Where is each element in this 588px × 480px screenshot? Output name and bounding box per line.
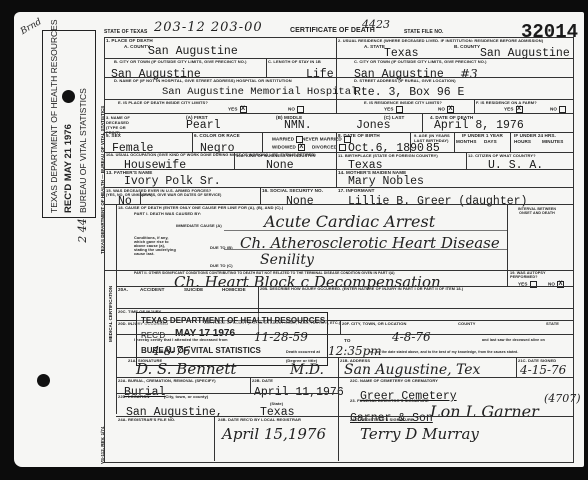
injury-location-label: 20f. CITY, TOWN, OR LOCATION — [342, 321, 406, 326]
armed-forces-war-label: (If yes, give war or dates of service) — [142, 193, 221, 197]
side-received-stamp: TEXAS DEPARTMENT OF HEALTH RESOURCES REC… — [42, 30, 96, 218]
res-county-label: b. COUNTY — [454, 44, 480, 49]
injury-state-label: STATE — [546, 321, 559, 326]
title-annotation: 4423 — [362, 18, 390, 31]
days-col: Days — [484, 139, 497, 144]
funeral-director-number: (4707) — [544, 392, 581, 405]
registrar-sig-label: 24c. REGISTRAR'S SIGNATURE — [350, 417, 414, 422]
stay-label: c. LENGTH OF STAY IN 1b — [268, 59, 321, 64]
handwritten-number: 203-12 203-00 — [154, 20, 263, 35]
residence-label: 2. USUAL RESIDENCE (Where deceased lived… — [338, 38, 543, 43]
manner-homicide[interactable]: HOMICIDE — [222, 287, 246, 292]
due-to-c-label: DUE TO (c) — [210, 263, 233, 268]
side-stamp-line1: TEXAS DEPARTMENT OF HEALTH RESOURCES — [49, 20, 59, 214]
middle-name: NMN. — [284, 119, 312, 132]
autopsy-label: 19. WAS AUTOPSY PERFORMED? — [510, 271, 566, 279]
inside-city-label: e. IS PLACE OF DEATH INSIDE CITY LIMITS? — [118, 100, 208, 105]
funeral-director-signature: Lon L Garner — [430, 402, 539, 421]
death-county: San Augustine — [148, 45, 238, 58]
marital-widowed[interactable]: WidowedX — [272, 144, 305, 151]
marital-married[interactable]: Married — [272, 136, 303, 143]
informant-label: 17. INFORMANT — [338, 188, 375, 193]
first-name: Pearl — [186, 119, 221, 132]
margin-notes: 2 44 — [76, 218, 89, 243]
res-state-label: a. STATE — [364, 44, 385, 49]
county-label: a. COUNTY — [124, 44, 150, 49]
res-inside-yes[interactable]: YES — [384, 106, 403, 113]
informant: Lillie B. Greer (daughter) — [348, 195, 527, 208]
date-recd: April 15,1976 — [222, 425, 326, 443]
location-label: 22d. LOCATION — [118, 394, 149, 399]
res-inside-no[interactable]: NOX — [438, 106, 454, 113]
side-stamp-line3: BUREAU OF VITAL STATISTICS — [78, 88, 88, 213]
to-label: to — [344, 338, 351, 343]
immediate-label: IMMEDIATE CAUSE (a) — [176, 223, 222, 228]
business: None — [266, 159, 294, 172]
citizen: U. S. A. — [488, 159, 543, 172]
last-saw: 4-8-76 — [152, 344, 191, 358]
last-name: Jones — [356, 119, 391, 132]
stay: Life — [306, 68, 334, 81]
side-stamp-line2: REC'D MAY 21 1976 — [63, 124, 74, 213]
due-to-c: Senility — [260, 252, 314, 268]
birthplace-label: 11. BIRTHPLACE (State or foreign country… — [338, 153, 438, 158]
registrar-signature: Terry D Murray — [360, 425, 479, 443]
citizen-label: 12. CITIZEN OF WHAT COUNTRY? — [468, 153, 536, 158]
business-label: 10b. KIND OF BUSINESS OR INDUSTRY — [236, 153, 315, 158]
res-inside-city-label: e. IS RESIDENCE INSIDE CITY LIMITS? — [364, 100, 442, 105]
certify-text-1: I hereby certify that I attended the dec… — [134, 338, 228, 342]
date-signed: 4-15-76 — [520, 363, 566, 377]
date-recd-label: 24b. DATE REC'D BY LOCAL REGISTRAR — [218, 417, 301, 422]
farm-label: f. IS RESIDENCE ON A FARM? — [476, 100, 537, 105]
burial-label: 22a. BURIAL, CREMATION, REMOVAL (Specify… — [118, 378, 216, 383]
death-occurred-text: Death occurred at — [286, 350, 320, 354]
funeral-director-label: 23. FUNERAL DIRECTOR'S SIGNATURE — [350, 398, 429, 403]
location-city-label: (City, town, or county) — [164, 394, 208, 399]
attended-from: 11-28-59 — [254, 330, 308, 344]
ssn-label: 16. SOCIAL SECURITY NO. — [262, 188, 323, 193]
medical-cert-caption: MEDICAL CERTIFICATION — [108, 286, 113, 342]
under1-label: IF UNDER 1 YEAR — [462, 133, 503, 138]
center-stamp-line1: TEXAS DEPARTMENT OF HEALTH RESOURCES — [141, 316, 325, 325]
minutes-col: Minutes — [542, 139, 563, 144]
inside-city-no[interactable]: NO — [288, 106, 304, 113]
attended-to: 4-8-76 — [392, 330, 431, 344]
dob-label: 8. DATE OF BIRTH — [338, 133, 380, 138]
city-label: b. CITY OR TOWN (If outside city limits,… — [114, 59, 247, 64]
part1-label: PART I. DEATH WAS CAUSED BY: — [134, 211, 201, 216]
burial-date-label: 22b. DATE — [252, 378, 273, 383]
farm-yes[interactable]: YESX — [504, 106, 523, 113]
certify-text-2: m., on the date stated above, and to the… — [370, 350, 518, 354]
hours-col: Hours — [514, 139, 531, 144]
res-street: Rte. 3, Box 96 E — [354, 86, 464, 99]
ssn: None — [286, 195, 314, 208]
physician-address: San Augustine, Tex — [344, 362, 480, 378]
manner-suicide[interactable]: SUICIDE — [184, 287, 203, 292]
injury-county-label: COUNTY — [458, 321, 476, 326]
manner-label: 20a. — [118, 287, 128, 292]
date-of-death: April 8, 1976 — [434, 119, 524, 132]
death-certificate: Brnd TEXAS DEPARTMENT OF HEALTH RESOURCE… — [14, 12, 584, 467]
interval-label: INTERVAL BETWEEN ONSET AND DEATH — [514, 207, 560, 215]
hospital-label: d. NAME OF (If not in hospital, give str… — [114, 78, 292, 83]
physician-signature: D. S. Bennett — [136, 360, 236, 378]
punch-hole — [37, 374, 50, 387]
cemetery-label: 22c. NAME OF CEMETERY OR CREMATORY — [350, 378, 438, 383]
last-saw-text: and last saw the deceased alive on — [482, 338, 545, 342]
months-col: Months — [456, 139, 477, 144]
registrar-file-label: 24a. REGISTRAR'S FILE NO. — [118, 417, 175, 422]
degree: M.D. — [290, 362, 324, 378]
state-file-label: STATE FILE NO. — [404, 29, 444, 35]
sex-label: 5. SEX — [106, 133, 121, 138]
cause-label: 18. CAUSE OF DEATH (Enter only one cause… — [118, 205, 283, 210]
place-of-death-label: 1. PLACE OF DEATH — [106, 38, 153, 43]
hospital: San Augustine Memorial Hospital — [162, 86, 357, 98]
res-street-label: d. STREET ADDRESS (If rural, give locati… — [354, 78, 456, 83]
res-precinct: #3 — [460, 67, 478, 81]
manner-accident[interactable]: ACCIDENT — [140, 287, 165, 292]
res-city-label: c. CITY OR TOWN (If outside city limits,… — [354, 59, 487, 64]
race-label: 6. COLOR OR RACE — [194, 133, 240, 138]
farm-no[interactable]: NO — [550, 106, 566, 113]
immediate-cause: Acute Cardiac Arrest — [264, 212, 435, 231]
state-label: STATE OF TEXAS — [104, 29, 147, 35]
conditions-note: Conditions, if any, which gave rise to a… — [134, 236, 178, 256]
under24-label: IF UNDER 24 HRS. — [514, 133, 556, 138]
corner-initials: Brnd — [19, 17, 43, 37]
inside-city-yes[interactable]: YESX — [228, 106, 247, 113]
describe-injury-label: 20b. DESCRIBE HOW INJURY OCCURRED. (Ente… — [260, 287, 463, 291]
marital-divorced[interactable]: Divorced — [312, 144, 346, 151]
